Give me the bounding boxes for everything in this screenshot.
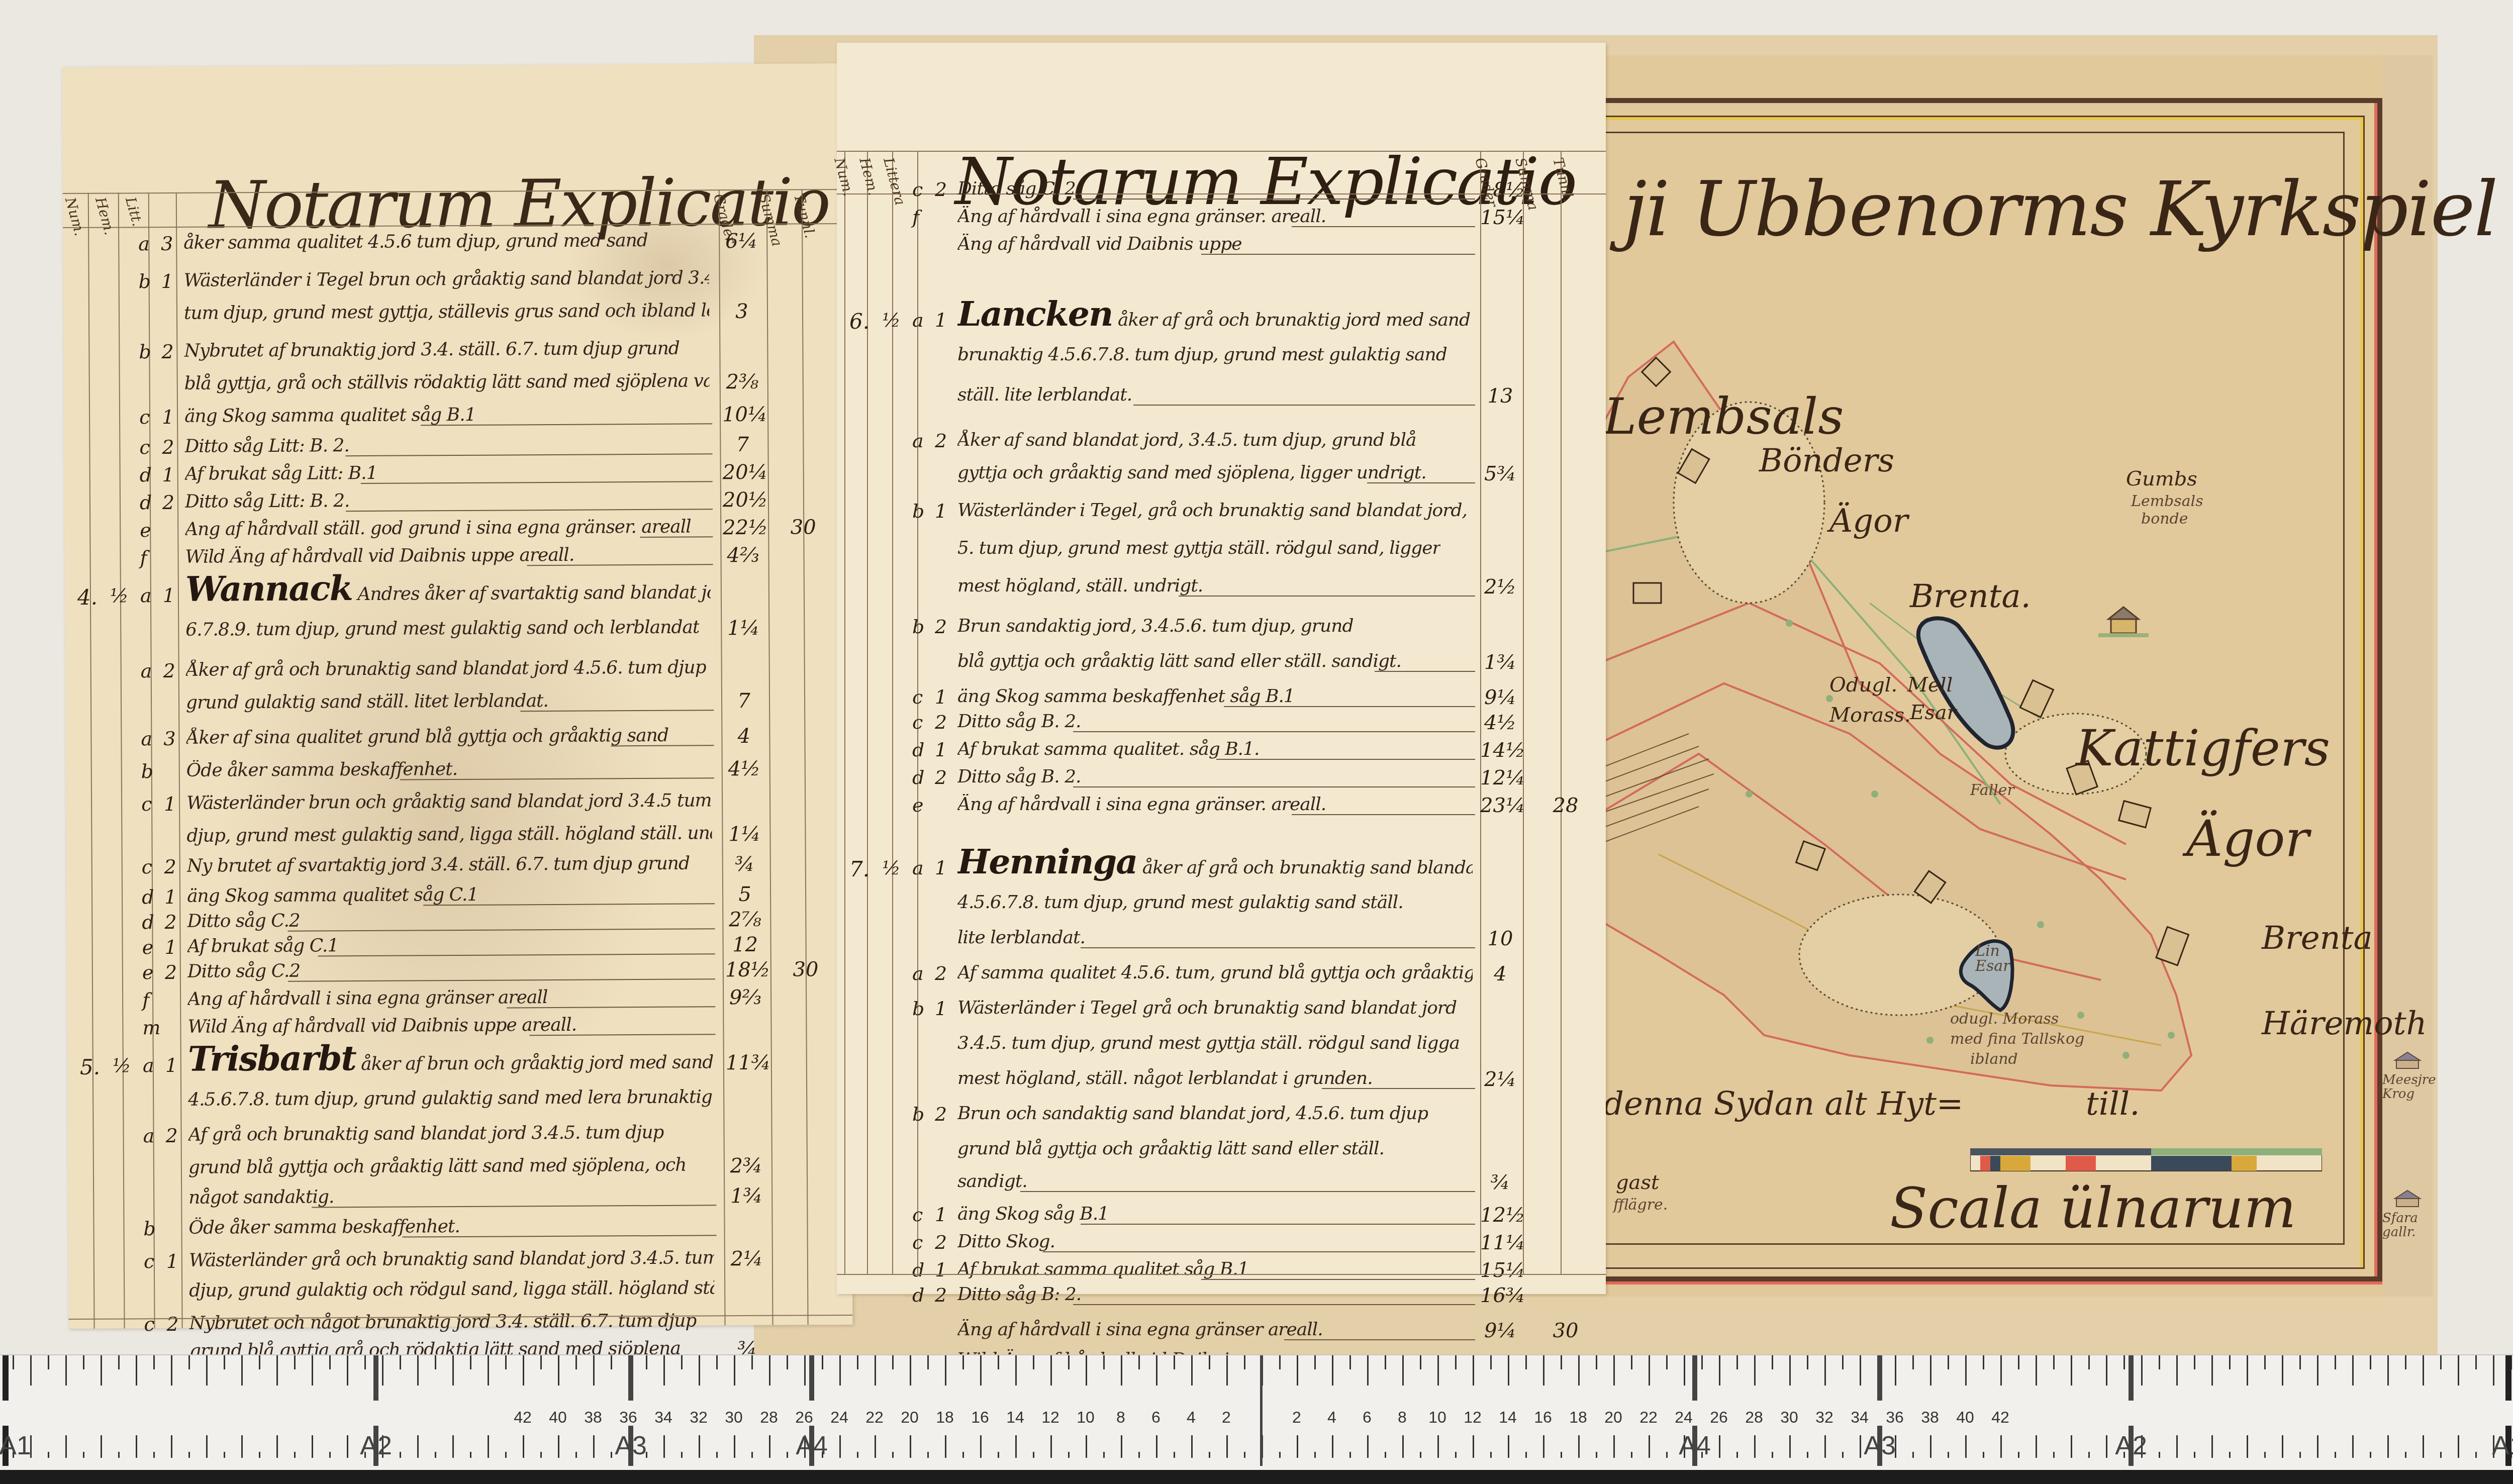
parcel-subnumber: 2: [935, 1231, 947, 1253]
ruler-tick: [1244, 1452, 1245, 1458]
parcel-subnumber: 1: [166, 1250, 178, 1272]
fill-line: [1216, 759, 1475, 760]
ledger-row: a2Åker af grå och brunaktig sand blandat…: [65, 656, 849, 690]
ruler-tick: [1930, 1355, 1931, 1386]
ruler-tick: [804, 1355, 806, 1386]
ruler-number: 40: [549, 1408, 567, 1427]
ruler-tick: [751, 1355, 753, 1369]
homestead-number: 7.: [849, 857, 869, 881]
parcel-description: Äng af hårdvall i sina egna gränser area…: [957, 1319, 1323, 1340]
ruler-tick: [2036, 1435, 2037, 1458]
area-value: 9¼: [1480, 1319, 1520, 1342]
ruler-tick: [294, 1355, 296, 1369]
parcel-subnumber: 2: [164, 856, 176, 878]
ruler-tick: [1297, 1435, 1298, 1458]
parcel-subnumber: 3: [161, 233, 173, 255]
parcel-letter: a: [912, 309, 924, 331]
ruler-number: 22: [865, 1408, 884, 1427]
ruler-tick: [1930, 1435, 1931, 1458]
ledger-row: Äng af hårdvall vid Daibnis uppe: [837, 234, 1606, 264]
homestead-name: Henninga: [957, 842, 1137, 882]
parcel-subnumber: 2: [162, 491, 174, 514]
parcel-description: Af brukat samma qualitet. såg B.1.: [957, 739, 1259, 759]
description-text: Ang af hårdvall i sina egna gränser area…: [187, 987, 548, 1010]
ledger-row: d2Ditto såg B. 2.12¼: [837, 766, 1606, 797]
area-value: 11¼: [1480, 1231, 1520, 1254]
ruler-tick: [1578, 1355, 1580, 1386]
ledger-row: grund blå gyttja och gråaktig lätt sand …: [68, 1154, 852, 1188]
ruler-tick: [1860, 1435, 1861, 1458]
parcel-description: Äng af hårdvall vid Daibnis uppe: [957, 234, 1242, 254]
ruler-number: 6: [1151, 1408, 1161, 1427]
ruler-tick: [1649, 1435, 1650, 1458]
map-place-label: Mell: [1907, 673, 1953, 697]
description-text: 4.5.6.7.8. tum djup, grund gulaktig sand…: [188, 1086, 712, 1110]
homestead-fraction: ½: [110, 584, 129, 607]
parcel-description: Wannack Andres åker af svartaktig sand b…: [185, 566, 711, 609]
ruler-tick: [2247, 1355, 2248, 1386]
ruler-number: 2: [1222, 1408, 1231, 1427]
fill-line: [318, 953, 715, 956]
description-text: Wästerländer i Tegel, grå och brunaktig …: [957, 500, 1473, 521]
parcel-letter: e: [140, 519, 151, 541]
description-text: Af brukat såg Litt: B.1: [185, 463, 377, 484]
ruler-tick: [417, 1435, 419, 1458]
parcel-subnumber: 1: [935, 998, 947, 1020]
ruler-tick: [2405, 1355, 2406, 1369]
paper-size-mark: [1877, 1355, 1882, 1401]
ruler-number: 34: [1851, 1408, 1869, 1427]
ruler-tick: [206, 1355, 208, 1386]
area-value: 23¼: [1480, 794, 1520, 817]
parcel-letter: m: [142, 1017, 160, 1039]
area-value: 2¼: [727, 1247, 767, 1270]
ruler-tick: [101, 1355, 102, 1386]
ruler-tick: [787, 1355, 788, 1369]
parcel-letter: a: [143, 1054, 154, 1076]
ruler-tick: [2352, 1435, 2354, 1458]
column-header-litt: Litt.: [122, 195, 146, 228]
ruler-tick: [1965, 1435, 1967, 1458]
ledger-row: 5.½a1Trisbarbt åker af brun och gråaktig…: [67, 1051, 851, 1085]
fill-line: [1322, 1088, 1475, 1089]
ledger-row: något sandaktig.1¾: [68, 1184, 852, 1218]
description-text: mest högland, ställ. något lerblandat i …: [957, 1068, 1373, 1089]
ruler-number: 4: [1327, 1408, 1336, 1427]
description-text: sandigt.: [957, 1171, 1027, 1192]
parcel-description: sandigt.: [957, 1171, 1027, 1192]
ruler-tick: [1490, 1355, 1492, 1369]
parcel-description: Ny brutet af svartaktig jord 3.4. ställ.…: [187, 853, 690, 876]
ledger-row: b1Wästerländer i Tegel, grå och brunakti…: [837, 500, 1606, 530]
ruler-tick: [663, 1355, 665, 1386]
ledger-row: grund gulaktig sand ställ. litet lerblan…: [65, 689, 849, 723]
parcel-description: 5. tum djup, grund mest gyttja ställ. rö…: [957, 538, 1440, 558]
ruler-tick: [505, 1355, 507, 1369]
ruler-tick: [1684, 1355, 1685, 1386]
description-text: Af grå och brunaktig sand blandat jord 3…: [188, 1122, 663, 1145]
ruler-number: 10: [1077, 1408, 1095, 1427]
parcel-subnumber: 2: [935, 962, 947, 984]
description-text: Ditto såg B. 2.: [957, 711, 1081, 732]
ruler-tick: [1332, 1355, 1333, 1386]
parcel-subnumber: 1: [164, 886, 176, 908]
ruler-number: 42: [514, 1408, 532, 1427]
ruler-tick: [2335, 1452, 2336, 1458]
parcel-subnumber: 2: [935, 616, 947, 638]
area-value: 9¼: [1480, 686, 1520, 709]
ruler-tick: [2264, 1355, 2266, 1369]
parcel-subnumber: 2: [935, 1284, 947, 1306]
description-text: Wild Äng af hårdvall vid Daibnis uppe ar…: [185, 545, 574, 567]
ledger-row: blå gyttja och gråaktig lätt sand eller …: [837, 651, 1606, 681]
ruler-tick: [558, 1435, 559, 1458]
parcel-letter: d: [912, 1259, 924, 1281]
area-value: 12¼: [1480, 766, 1520, 789]
parcel-subnumber: 1: [164, 936, 176, 958]
area-value: 18½: [725, 958, 765, 981]
ruler-tick: [1948, 1452, 1949, 1458]
ruler-tick: [1033, 1355, 1034, 1369]
ruler-tick: [822, 1355, 823, 1369]
area-sum: 30: [788, 516, 818, 539]
ruler-tick: [1385, 1355, 1386, 1369]
ruler-tick: [505, 1452, 507, 1458]
ruler-tick: [241, 1435, 243, 1458]
homestead-number: 6.: [849, 309, 869, 334]
ledger-row: a2Af samma qualitet 4.5.6. tum, grund bl…: [837, 962, 1606, 993]
parcel-letter: a: [912, 857, 924, 879]
description-text: något sandaktig.: [188, 1186, 334, 1208]
description-text: 4.5.6.7.8. tum djup, grund mest gulaktig…: [957, 892, 1403, 913]
parcel-description: Åker af sina qualitet grund blå gyttja o…: [186, 725, 668, 748]
ruler-tick: [1121, 1435, 1122, 1458]
ruler-tick: [83, 1452, 84, 1458]
parcel-description: Wild Äng af hårdvall vid Daibnis uppe ar…: [185, 545, 574, 567]
area-value: 4⅔: [723, 544, 763, 567]
ruler-tick: [400, 1452, 401, 1458]
ledger-row: 4.½a1Wannack Andres åker af svartaktig s…: [65, 581, 849, 615]
scanner-ruler: 4240383634323028262422201816141210864224…: [0, 1354, 2513, 1470]
ledger-row: brunaktig 4.5.6.7.8. tum djup, grund mes…: [837, 344, 1606, 374]
ruler-tick: [1297, 1355, 1298, 1386]
ruler-tick: [839, 1355, 841, 1386]
homestead-fraction: ½: [113, 1054, 131, 1076]
fill-line: [640, 536, 713, 538]
ruler-number: 14: [1006, 1408, 1024, 1427]
fill-line: [1375, 671, 1475, 672]
ruler-tick: [1719, 1435, 1720, 1458]
description-text: 3.4.5. tum djup, grund mest gyttja ställ…: [957, 1033, 1460, 1053]
ruler-tick: [65, 1435, 67, 1458]
homestead-name: Trisbarbt: [188, 1038, 356, 1079]
parcel-description: Henninga åker af grå och brunaktig sand …: [957, 842, 1473, 882]
ruler-tick: [927, 1355, 929, 1369]
area-value: 3: [722, 300, 762, 323]
ledger-row: b2Nybrutet af brunaktig jord 3.4. ställ.…: [63, 337, 847, 371]
parcel-letter: c: [142, 856, 153, 878]
paper-size-label: A4: [1679, 1431, 1711, 1461]
description-text: Åker af sand blandat jord, 3.4.5. tum dj…: [957, 430, 1416, 450]
ruler-tick: [1209, 1355, 1210, 1369]
ruler-tick: [488, 1435, 489, 1458]
description-text: Ditto såg Litt: B. 2.: [185, 490, 350, 512]
parcel-subnumber: 2: [165, 1125, 177, 1147]
ruler-tick: [1842, 1452, 1844, 1458]
parcel-letter: b: [143, 1218, 156, 1240]
ruler-number: 10: [1428, 1408, 1446, 1427]
parcel-subnumber: 2: [161, 341, 173, 363]
description-text: brunaktig 4.5.6.7.8. tum djup, grund mes…: [957, 344, 1447, 365]
parcel-letter: d: [142, 911, 154, 933]
ruler-tick: [1050, 1435, 1052, 1458]
area-value: 12: [725, 933, 765, 956]
parcel-letter: d: [912, 766, 924, 788]
paper-size-mark: [809, 1355, 814, 1401]
ruler-tick: [839, 1435, 841, 1458]
ruler-tick: [2247, 1435, 2248, 1458]
parcel-description: brunaktig 4.5.6.7.8. tum djup, grund mes…: [957, 344, 1447, 365]
ruler-tick: [1613, 1435, 1615, 1458]
parcel-letter: d: [140, 464, 152, 486]
map-place-label: Gumbs: [2126, 467, 2197, 490]
ruler-tick: [2458, 1355, 2459, 1386]
parcel-letter: a: [140, 584, 152, 607]
ledger-row: blå gyttja, grå och ställvis rödaktig lä…: [64, 370, 848, 404]
parcel-description: Wild Äng af hårdvall vid Daibnis uppe ar…: [187, 1015, 576, 1037]
parcel-letter: b: [912, 500, 924, 522]
map-title: ji Ubbenorms Kyrkspiel: [1623, 166, 2497, 253]
ruler-tick: [312, 1435, 313, 1458]
ruler-tick: [171, 1355, 172, 1386]
ruler-tick: [188, 1452, 190, 1458]
ledger-row: d1Af brukat samma qualitet. såg B.1.14½: [837, 739, 1606, 769]
ruler-number: 8: [1398, 1408, 1407, 1427]
area-value: 12½: [1480, 1204, 1520, 1227]
ruler-tick: [2000, 1355, 2002, 1386]
ruler-tick: [1543, 1355, 1544, 1386]
homestead-number: 5.: [80, 1055, 100, 1079]
ruler-number: 18: [936, 1408, 954, 1427]
ruler-tick: [751, 1452, 753, 1458]
ruler-tick: [382, 1355, 383, 1386]
description-text: Nybrutet och något brunaktig jord 3.4. s…: [189, 1311, 696, 1334]
area-value: 20¼: [723, 461, 763, 484]
description-text: Af brukat samma qualitet såg B.1: [957, 1259, 1249, 1279]
area-value: 10¼: [722, 403, 762, 426]
parcel-subnumber: 1: [935, 686, 947, 708]
fill-line: [1073, 199, 1475, 200]
ruler-tick: [1596, 1355, 1597, 1369]
ruler-tick: [2194, 1452, 2195, 1458]
area-value: 1¾: [726, 1184, 766, 1208]
ruler-tick: [716, 1355, 718, 1369]
ruler-tick: [2352, 1355, 2354, 1386]
ruler-number: 2: [1292, 1408, 1301, 1427]
parcel-description: 3.4.5. tum djup, grund mest gyttja ställ…: [957, 1033, 1460, 1053]
area-value: 14½: [1480, 739, 1520, 762]
parcel-subnumber: 2: [935, 178, 947, 201]
ruler-tick: [1666, 1355, 1668, 1369]
ruler-tick: [1578, 1435, 1580, 1458]
ruler-number: 30: [725, 1408, 743, 1427]
ruler-tick: [910, 1355, 911, 1386]
description-text: åker af grå och brunaktig jord med sand: [1113, 310, 1471, 330]
parcel-description: Ditto såg B: 2.: [957, 1284, 1081, 1305]
fill-line: [1367, 482, 1475, 483]
ruler-tick: [329, 1355, 331, 1369]
description-text: Ditto såg B: 2.: [957, 1284, 1081, 1305]
parcel-subnumber: 3: [163, 728, 175, 750]
ledger-row: lite lerblandat.10: [837, 927, 1606, 957]
ruler-tick: [1860, 1355, 1861, 1386]
map-place-label: Häremoth: [2262, 1005, 2427, 1042]
ruler-tick: [1807, 1452, 1808, 1458]
ruler-tick: [663, 1435, 665, 1458]
description-text: blå gyttja, grå och ställvis rödaktig lä…: [184, 370, 710, 393]
description-text: äng Skog samma beskaffenhet såg B.1: [957, 686, 1295, 707]
area-value: 2¼: [1480, 1068, 1520, 1091]
ruler-tick: [118, 1452, 120, 1458]
ruler-tick: [2387, 1355, 2389, 1386]
parcel-description: 4.5.6.7.8. tum djup, grund gulaktig sand…: [188, 1086, 712, 1110]
parcel-description: Ang af hårdvall ställ. god grund i sina …: [185, 517, 691, 540]
ruler-number: 24: [1675, 1408, 1693, 1427]
parcel-description: Äng af hårdvall i sina egna gränser. are…: [957, 206, 1326, 227]
ruler-tick: [945, 1435, 946, 1458]
description-text: Öde åker samma beskaffenhet.: [188, 1216, 460, 1238]
parcel-subnumber: 1: [935, 500, 947, 522]
parcel-description: Nybrutet af brunaktig jord 3.4. ställ. 6…: [184, 338, 680, 361]
map-place-label: Kattigfers: [2076, 719, 2330, 777]
ruler-tick: [927, 1452, 929, 1458]
paper-size-label: A1: [0, 1431, 31, 1461]
ruler-tick: [716, 1452, 718, 1458]
ruler-tick: [153, 1452, 155, 1458]
ruler-tick: [558, 1355, 559, 1386]
parcel-description: Nybrutet och något brunaktig jord 3.4. s…: [189, 1311, 696, 1334]
parcel-subnumber: 1: [165, 1054, 177, 1076]
ruler-tick: [2317, 1435, 2318, 1458]
map-place-label: Bönders: [1759, 442, 1894, 479]
description-text: Wild Äng af hårdvall vid Daibnis uppe ar…: [187, 1015, 576, 1037]
parcel-description: lite lerblandat.: [957, 927, 1085, 948]
ruler-tick: [276, 1355, 278, 1386]
parcel-description: Ditto såg Litt: B. 2.: [184, 435, 349, 457]
manuscript-page-left: Notarum Explicatio Num. Hem. Litt. Grade…: [62, 63, 852, 1329]
parcel-letter: c: [141, 793, 152, 815]
ruler-number: 18: [1569, 1408, 1587, 1427]
area-value: 13: [1480, 384, 1520, 408]
parcel-subnumber: 2: [935, 430, 947, 452]
ruler-tick: [2440, 1452, 2442, 1458]
ruler-tick: [1420, 1355, 1421, 1369]
ruler-tick: [1824, 1435, 1826, 1458]
area-value: 10: [1480, 927, 1520, 950]
ruler-tick: [1455, 1452, 1457, 1458]
description-text: grund gulaktig sand ställ. litet lerblan…: [186, 690, 548, 713]
description-text: Ditto såg C.2: [187, 961, 301, 982]
map-place-label: Morass.: [1829, 704, 1911, 727]
ruler-tick: [2282, 1355, 2283, 1386]
fill-line: [1081, 1224, 1475, 1225]
parcel-letter: c: [139, 406, 150, 428]
area-sum: 28: [1551, 794, 1581, 817]
parcel-description: Af brukat samma qualitet såg B.1: [957, 1259, 1249, 1279]
ruler-tick: [875, 1355, 876, 1386]
ruler-tick: [1015, 1435, 1017, 1458]
ledger-row: tum djup, grund mest gyttja, ställevis g…: [63, 300, 847, 334]
description-text: Äng af hårdvall i sina egna gränser. are…: [957, 206, 1326, 227]
ruler-tick: [2018, 1355, 2019, 1369]
description-text: Wästerländer grå och brunaktig sand blan…: [189, 1247, 714, 1270]
ruler-tick: [2000, 1435, 2002, 1458]
parcel-description: Ang af hårdvall i sina egna gränser area…: [187, 987, 548, 1010]
parcel-description: Ditto Skog.: [957, 1231, 1055, 1252]
parcel-subnumber: 1: [161, 270, 173, 292]
parcel-letter: b: [912, 998, 924, 1020]
map-place-label: odugl. Morass: [1950, 1010, 2059, 1028]
parcel-subnumber: 2: [163, 660, 175, 682]
ledger-row: c2Ditto Skog.11¼: [837, 1231, 1606, 1261]
column-header-hem: Hem.: [92, 195, 118, 237]
area-value: 5¾: [1480, 462, 1520, 485]
fill-line: [1081, 947, 1475, 948]
parcel-subnumber: 1: [162, 464, 174, 486]
homestead-fraction: ½: [882, 857, 901, 879]
description-text: gyttja och gråaktig sand med sjöplena, l…: [957, 462, 1426, 483]
ruler-tick: [101, 1435, 102, 1458]
ruler-tick: [1349, 1355, 1351, 1369]
fill-line: [1201, 254, 1475, 255]
fill-line: [1201, 1279, 1475, 1280]
parcel-description: blå gyttja, grå och ställvis rödaktig lä…: [184, 370, 710, 393]
ruler-tick: [2423, 1435, 2424, 1458]
parcel-description: djup, grund gulaktig och rödgul sand, li…: [189, 1277, 714, 1301]
description-text: Wästerländer i Tegel brun och gråaktig s…: [184, 267, 709, 290]
ruler-tick: [1596, 1452, 1597, 1458]
parcel-description: Af brukat såg Litt: B.1: [185, 463, 377, 484]
homestead-number: 4.: [77, 585, 98, 610]
ruler-tick: [734, 1355, 735, 1386]
fill-line: [361, 481, 713, 484]
ruler-tick: [892, 1355, 894, 1369]
map-place-label: Lembsals: [1603, 387, 1844, 446]
description-text: grund blå gyttja och gråaktig lätt sand …: [957, 1138, 1384, 1159]
map-place-label: Ägor: [1829, 503, 1908, 540]
ledger-row: a2Åker af sand blandat jord, 3.4.5. tum …: [837, 430, 1606, 460]
ruler-tick: [2387, 1435, 2389, 1458]
ruler-tick: [1314, 1355, 1316, 1369]
ruler-tick: [2423, 1355, 2424, 1386]
column-header-num: Num.: [62, 195, 88, 238]
parcel-letter: b: [139, 341, 151, 363]
ruler-tick: [1525, 1355, 1527, 1369]
parcel-description: Af brukat såg C.1: [187, 935, 338, 957]
ruler-tick: [980, 1355, 982, 1386]
parcel-description: Lancken åker af grå och brunaktig jord m…: [957, 294, 1470, 334]
ruler-tick: [1666, 1452, 1668, 1458]
ledger-row: mest högland, ställ. undrigt.2½: [837, 575, 1606, 606]
parcel-description: Trisbarbt åker af brun och gråaktig jord…: [188, 1036, 713, 1079]
parcel-description: Åker af grå och brunaktig sand blandat j…: [186, 657, 706, 680]
ruler-tick: [329, 1452, 331, 1458]
paper-size-mark: [2505, 1355, 2511, 1401]
ruler-tick: [1473, 1355, 1474, 1386]
ledger-row: fÄng af hårdvall i sina egna gränser. ar…: [837, 206, 1606, 236]
ruler-tick: [1965, 1355, 1967, 1386]
ruler-tick: [1226, 1435, 1228, 1458]
